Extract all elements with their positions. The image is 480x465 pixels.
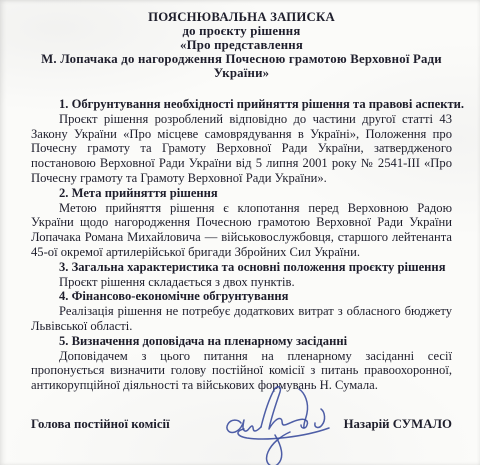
section-heading-2: 2. Мета прийняття рішення xyxy=(31,186,452,201)
section-2-paragraph: Метою прийняття рішення є клопотання пер… xyxy=(31,201,452,260)
title-line-1: ПОЯСНЮВАЛЬНА ЗАПИСКА xyxy=(31,10,452,24)
signatory-name: Назарій СУМАЛО xyxy=(344,417,452,432)
document-page: ПОЯСНЮВАЛЬНА ЗАПИСКА до проєкту рішення … xyxy=(0,0,480,465)
title-line-2: до проєкту рішення xyxy=(31,24,452,38)
section-heading-4: 4. Фінансово-економічне обгрунтування xyxy=(31,289,452,304)
section-3-paragraph: Проєкт рішення складається з двох пункті… xyxy=(31,275,452,290)
signatory-role: Голова постійної комісії xyxy=(31,417,170,432)
document-title: ПОЯСНЮВАЛЬНА ЗАПИСКА до проєкту рішення … xyxy=(31,10,452,80)
section-heading-1: 1. Обгрунтування необхідності прийняття … xyxy=(31,97,452,112)
title-line-5: України» xyxy=(31,66,452,80)
title-line-3: «Про представлення xyxy=(31,38,452,52)
section-4-paragraph: Реалізація рішення не потребує додаткови… xyxy=(31,304,452,334)
title-line-4: М. Лопачака до нагородження Почесною гра… xyxy=(31,52,452,66)
document-body: 1. Обгрунтування необхідності прийняття … xyxy=(31,97,452,393)
section-heading-5: 5. Визначення доповідача на пленарному з… xyxy=(31,334,452,349)
section-5-paragraph: Доповідачем з цього питання на пленарном… xyxy=(31,349,452,393)
section-heading-3: 3. Загальна характеристика та основні по… xyxy=(31,260,452,275)
section-1-paragraph: Проєкт рішення розроблений відповідно до… xyxy=(31,112,452,186)
signature-block: Голова постійної комісії Назарій СУМАЛО xyxy=(31,417,452,432)
